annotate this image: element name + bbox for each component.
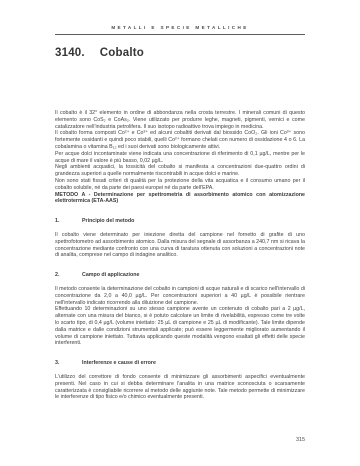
- section-title: Campo di applicazione: [82, 272, 139, 279]
- paragraph: Effettuando 10 determinazioni su uno ste…: [55, 306, 305, 347]
- paragraph: Per acque dolci incontaminate viene indi…: [55, 151, 305, 165]
- paragraph: Negli ambienti acquatici, la tossicità d…: [55, 164, 305, 178]
- section-body: Il metodo consente la determinazione del…: [55, 286, 305, 347]
- section-number: 1.: [55, 218, 82, 225]
- running-header: METALLI E SPECIE METALLICHE: [55, 25, 305, 35]
- section-body: L'utilizzo del correttore di fondo conse…: [55, 374, 305, 401]
- paragraph: Il cobalto è il 32° elemento in ordine d…: [55, 110, 305, 130]
- page-number: 315: [55, 437, 305, 443]
- paragraph: Il metodo consente la determinazione del…: [55, 286, 305, 306]
- paragraph: Il cobalto viene determinato per iniezio…: [55, 232, 305, 259]
- section-number: 3.: [55, 360, 82, 367]
- section-interferenze: 3. Interferenze e cause di errore L'util…: [55, 360, 305, 401]
- document-page: METALLI E SPECIE METALLICHE 3140.Cobalto…: [0, 0, 360, 466]
- page-title: 3140.Cobalto: [55, 47, 305, 59]
- text-column: Il cobalto è il 32° elemento in ordine d…: [55, 110, 305, 401]
- chapter-number: 3140.: [55, 47, 85, 59]
- intro-block: Il cobalto è il 32° elemento in ordine d…: [55, 110, 305, 192]
- section-heading: 3. Interferenze e cause di errore: [55, 360, 305, 367]
- paragraph: Non sono stati fissati criteri di qualit…: [55, 178, 305, 192]
- section-principio: 1. Principio del metodo Il cobalto viene…: [55, 218, 305, 259]
- method-a-heading: METODO A - Determinazione per spettromet…: [55, 192, 305, 206]
- section-title: Interferenze e cause di errore: [82, 360, 156, 367]
- section-heading: 2. Campo di applicazione: [55, 272, 305, 279]
- section-heading: 1. Principio del metodo: [55, 218, 305, 225]
- section-campo-applicazione: 2. Campo di applicazione Il metodo conse…: [55, 272, 305, 347]
- paragraph: Il cobalto forma composti Co²⁺ e Co³⁺ ed…: [55, 130, 305, 150]
- section-body: Il cobalto viene determinato per iniezio…: [55, 232, 305, 259]
- chapter-name: Cobalto: [100, 47, 144, 59]
- paragraph: L'utilizzo del correttore di fondo conse…: [55, 374, 305, 401]
- section-number: 2.: [55, 272, 82, 279]
- section-title: Principio del metodo: [82, 218, 134, 225]
